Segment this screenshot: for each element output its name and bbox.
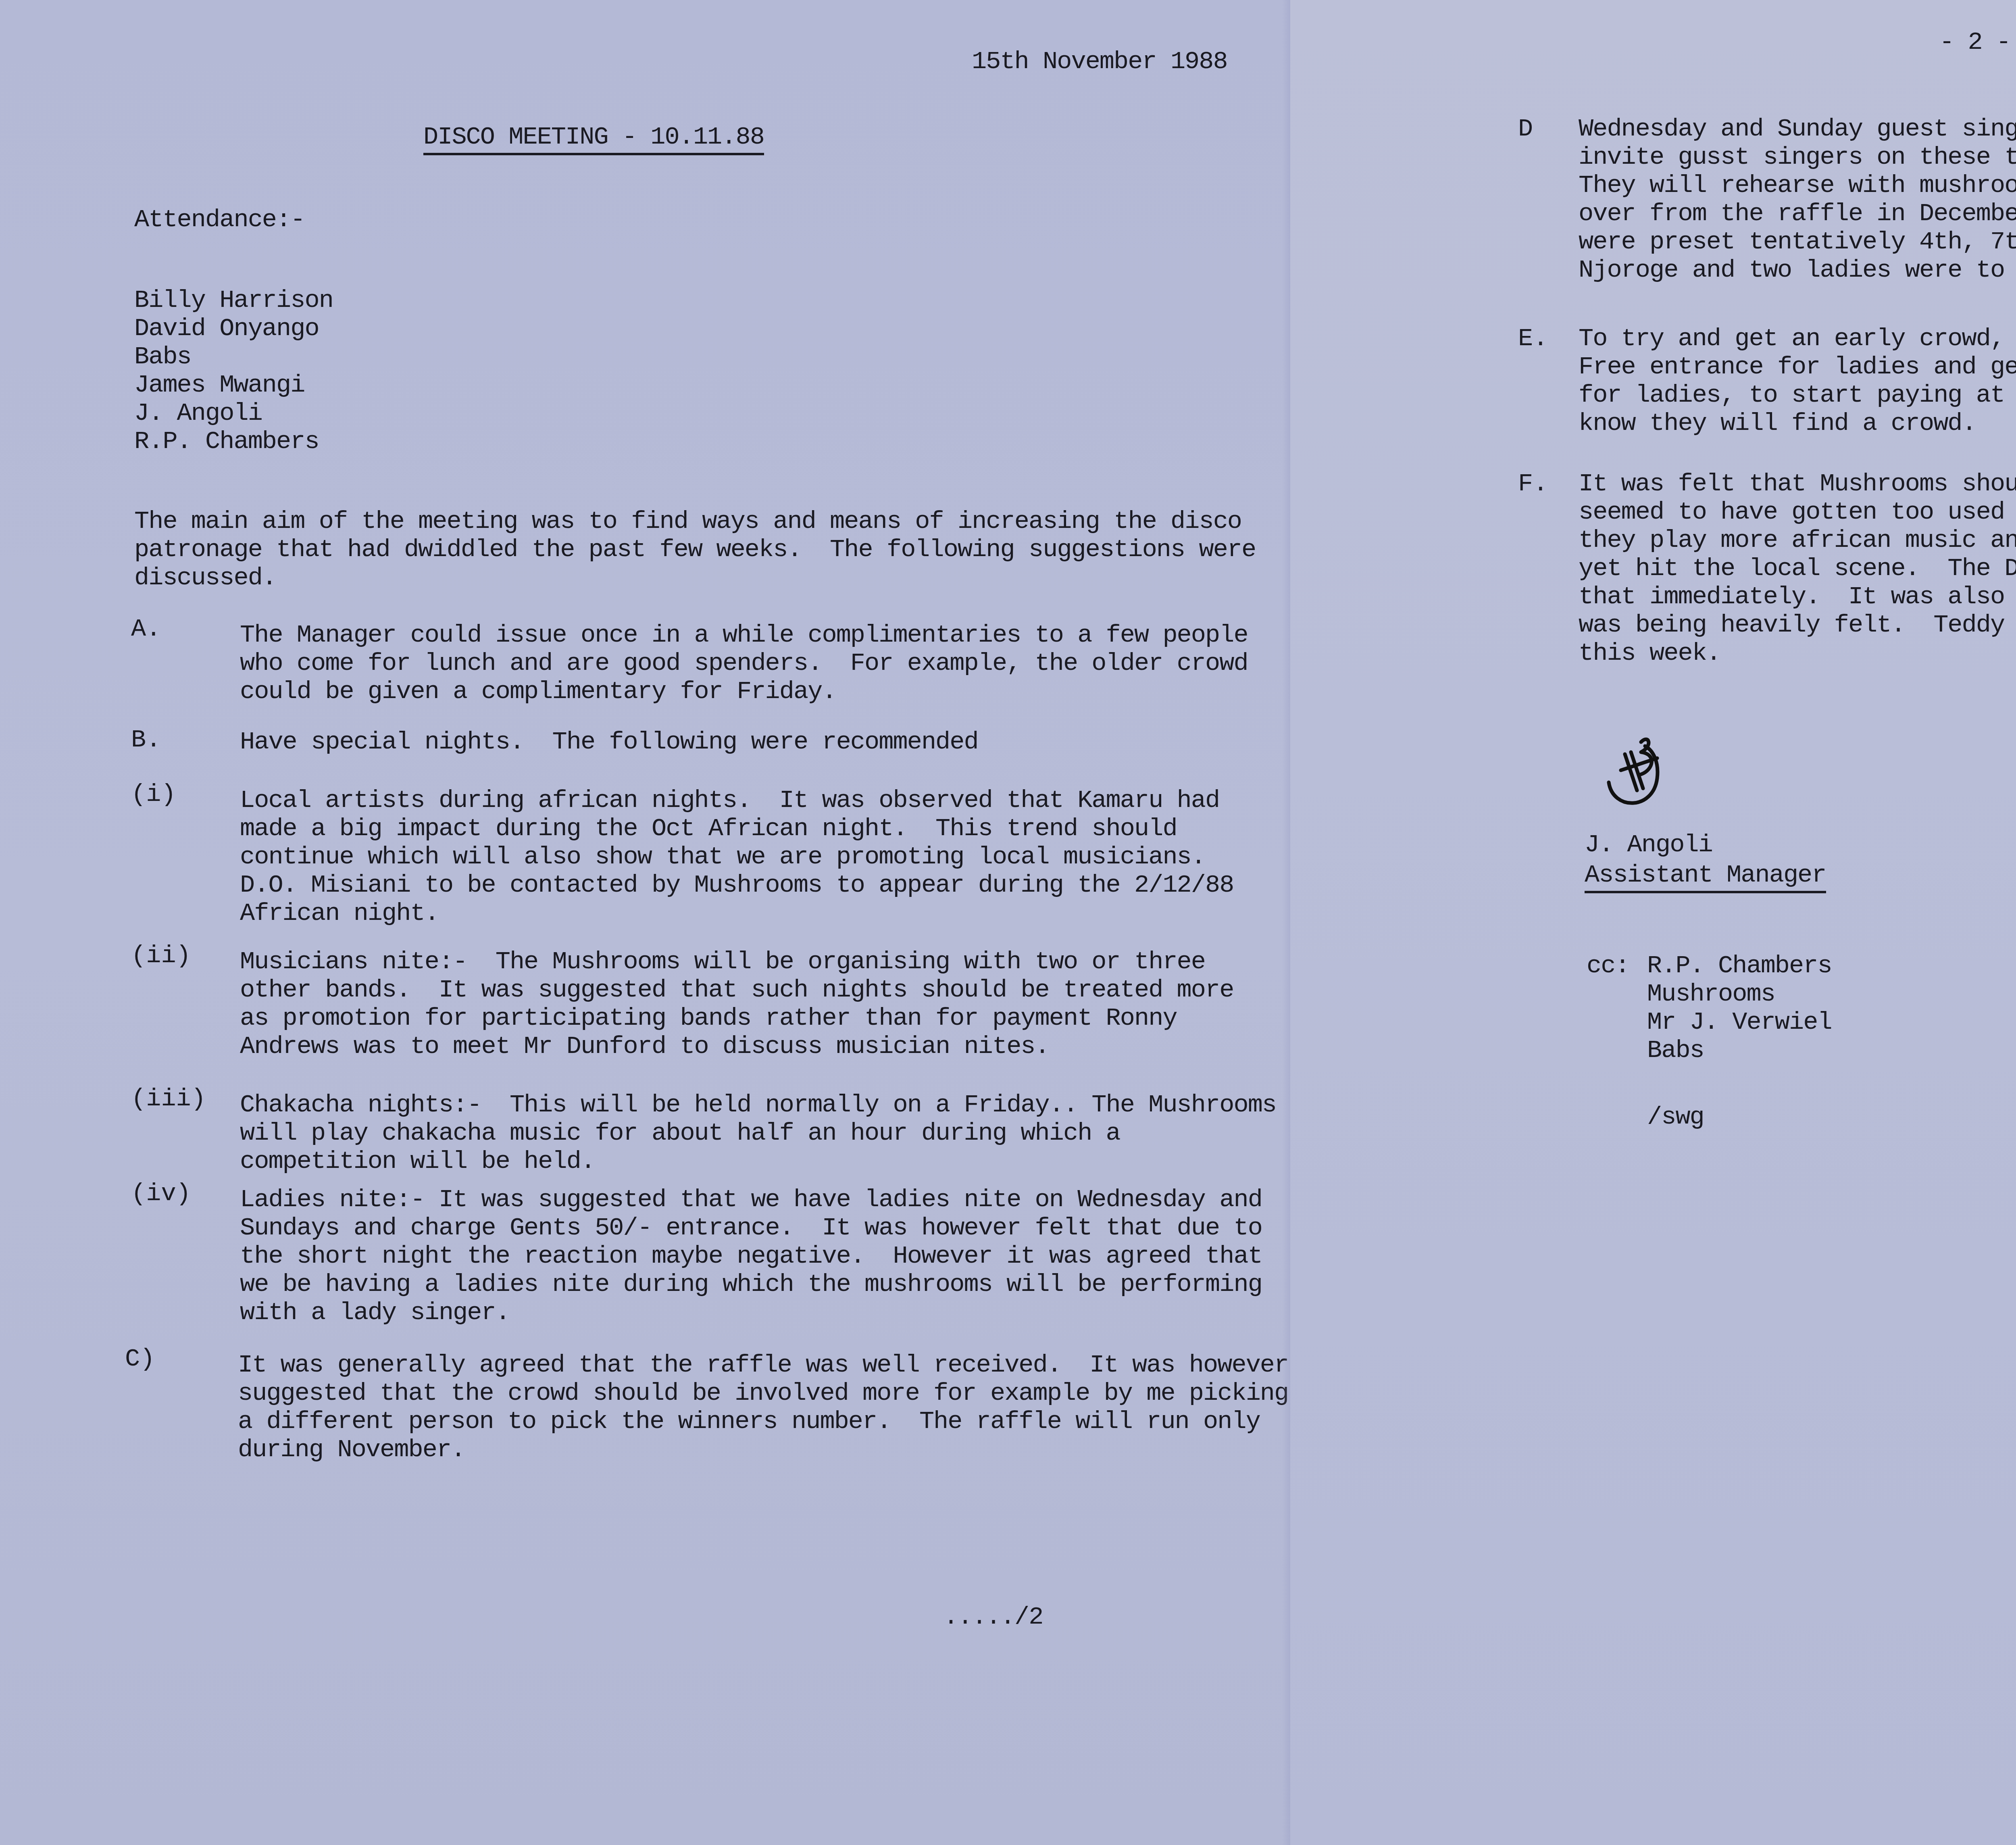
item-label: D xyxy=(1518,115,1533,143)
item-ii-text: Musicians nite:- The Mushrooms will be o… xyxy=(240,948,1233,1061)
cc-recipient: Babs xyxy=(1647,1036,1832,1065)
item-c-text: It was generally agreed that the raffle … xyxy=(238,1351,1288,1464)
cc-recipient: Mr J. Verwiel xyxy=(1647,1008,1832,1036)
item-label: B. xyxy=(131,726,161,754)
item-e-text: To try and get an early crowd, the follo… xyxy=(1579,325,2016,438)
attendee: David Onyango xyxy=(134,315,333,343)
intro-paragraph: The main aim of the meeting was to find … xyxy=(134,507,1256,592)
page-2: - 2 - D Wednesday and Sunday guest singe… xyxy=(1290,0,2016,1845)
reference-initials: /swg xyxy=(1647,1103,1704,1131)
item-label: C) xyxy=(125,1345,155,1373)
cc-list: R.P. Chambers Mushrooms Mr J. Verwiel Ba… xyxy=(1647,952,1832,1065)
signatory-title: Assistant Manager xyxy=(1585,861,1826,893)
signatory-name: J. Angoli xyxy=(1585,831,1712,859)
attendance-label: Attendance:- xyxy=(134,206,304,234)
item-label: E. xyxy=(1518,325,1548,353)
attendee: Babs xyxy=(134,343,333,371)
attendee: J. Angoli xyxy=(134,399,333,427)
attendee-list: Billy Harrison David Onyango Babs James … xyxy=(134,286,333,456)
item-b-text: Have special nights. The following were … xyxy=(240,728,978,756)
item-f-text: It was felt that Mushrooms should be mor… xyxy=(1579,470,2016,667)
item-i-text: Local artists during african nights. It … xyxy=(240,786,1233,928)
item-label: (ii) xyxy=(131,942,191,970)
item-label: A. xyxy=(131,615,161,643)
item-d-text: Wednesday and Sunday guest singers:- It … xyxy=(1579,115,2016,284)
page-1: 15th November 1988 DISCO MEETING - 10.11… xyxy=(0,0,1290,1845)
attendee: R.P. Chambers xyxy=(134,427,333,456)
initials-signature-icon xyxy=(1597,734,1677,815)
cc-recipient: R.P. Chambers xyxy=(1647,952,1832,980)
memo-title: DISCO MEETING - 10.11.88 xyxy=(423,123,764,155)
attendee: Billy Harrison xyxy=(134,286,333,315)
item-a-text: The Manager could issue once in a while … xyxy=(240,621,1248,706)
item-iv-text: Ladies nite:- It was suggested that we h… xyxy=(240,1186,1262,1327)
item-label: F. xyxy=(1518,470,1548,498)
continuation-marker: ...../2 xyxy=(943,1603,1043,1631)
item-label: (iii) xyxy=(131,1085,206,1113)
item-label: (i) xyxy=(131,780,176,809)
cc-label: cc: xyxy=(1587,952,1629,980)
memo-date: 15th November 1988 xyxy=(972,48,1227,76)
item-iii-text: Chakacha nights:- This will be held norm… xyxy=(240,1091,1276,1176)
cc-recipient: Mushrooms xyxy=(1647,980,1832,1008)
page-number: - 2 - xyxy=(1939,28,2010,56)
item-label: (iv) xyxy=(131,1180,191,1208)
attendee: James Mwangi xyxy=(134,371,333,399)
